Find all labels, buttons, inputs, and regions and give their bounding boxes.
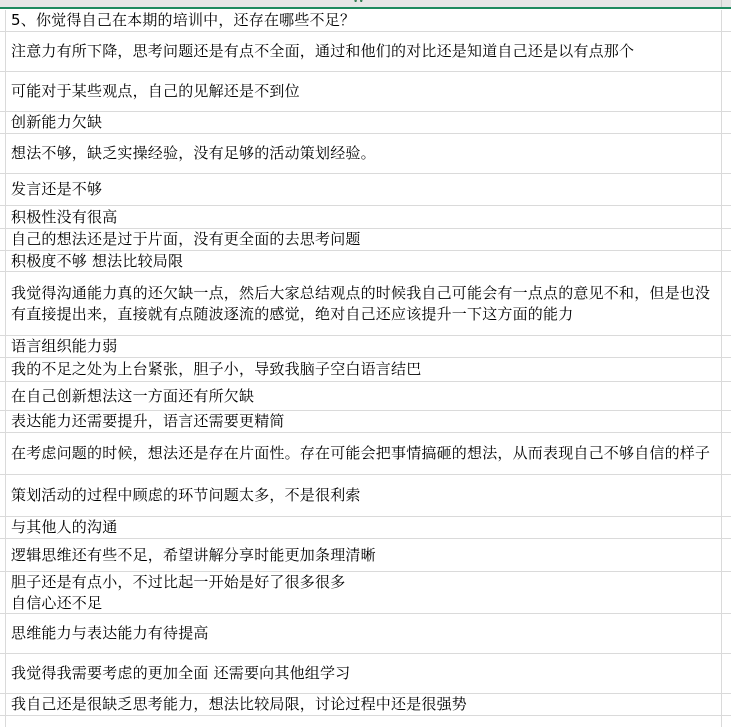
column-header-label: W [352, 0, 365, 6]
table-cell[interactable]: 积极性没有很高 [5, 206, 722, 228]
table-row: 逻辑思维还有些不足，希望讲解分享时能更加条理清晰 [0, 539, 731, 572]
table-cell[interactable]: 策划活动的过程中顾虑的环节问题太多，不是很利索 [5, 475, 722, 516]
column-divider [721, 0, 722, 9]
response-text: 语言组织能力弱 [6, 336, 117, 357]
table-row: 可能对于某些观点，自己的见解还是不到位 [0, 72, 731, 112]
table-cell[interactable]: 语言组织能力弱 [5, 336, 722, 357]
response-text: 创新能力欠缺 [6, 112, 102, 133]
table-row: 在自己创新想法这一方面还有所欠缺 [0, 382, 731, 411]
table-cell[interactable]: 可能对于某些观点，自己的见解还是不到位 [5, 72, 722, 111]
table-cell[interactable]: 5、你觉得自己在本期的培训中，还存在哪些不足？ [5, 10, 722, 31]
table-row: 创新能力欠缺 [0, 112, 731, 134]
table-cell[interactable]: 我觉得我需要考虑的更加全面 还需要向其他组学习 [5, 654, 722, 693]
response-text: 逻辑思维还有些不足，希望讲解分享时能更加条理清晰 [6, 545, 376, 566]
table-cell[interactable]: 与其他人的沟通 [5, 517, 722, 538]
table-row: 5、你觉得自己在本期的培训中，还存在哪些不足？ [0, 10, 731, 32]
response-text: 自己的想法还是过于片面，没有更全面的去思考问题 [6, 229, 361, 250]
table-row: 我觉得沟通能力真的还欠缺一点，然后大家总结观点的时候我自己可能会有一点点的意见不… [0, 272, 731, 336]
table-row: 注意力有所下降，思考问题还是有点不全面，通过和他们的对比还是知道自己还是以有点那… [0, 32, 731, 72]
table-cell[interactable]: 注意力有所下降，思考问题还是有点不全面，通过和他们的对比还是知道自己还是以有点那… [5, 32, 722, 71]
table-cell[interactable]: 想法不够，缺乏实操经验，没有足够的活动策划经验。 [5, 134, 722, 173]
table-cell[interactable] [5, 716, 722, 727]
table-row: 想法不够，缺乏实操经验，没有足够的活动策划经验。 [0, 134, 731, 174]
table-row: 与其他人的沟通 [0, 517, 731, 539]
column-header-bar[interactable]: W [0, 0, 731, 9]
response-text: 我自己还是很缺乏思考能力，想法比较局限，讨论过程中还是很强势 [6, 694, 467, 715]
table-row: 自己的想法还是过于片面，没有更全面的去思考问题 [0, 229, 731, 251]
table-cell[interactable]: 我觉得沟通能力真的还欠缺一点，然后大家总结观点的时候我自己可能会有一点点的意见不… [5, 272, 722, 335]
response-text: 可能对于某些观点，自己的见解还是不到位 [6, 81, 300, 102]
response-text: 胆子还是有点小，不过比起一开始是好了很多很多 自信心还不足 [6, 572, 345, 614]
response-text: 我觉得我需要考虑的更加全面 还需要向其他组学习 [6, 663, 350, 684]
table-row: 策划活动的过程中顾虑的环节问题太多，不是很利索 [0, 475, 731, 517]
table-row: 我自己还是很缺乏思考能力，想法比较局限，讨论过程中还是很强势 [0, 694, 731, 716]
table-row: 胆子还是有点小，不过比起一开始是好了很多很多 自信心还不足 [0, 572, 731, 614]
table-row: 表达能力还需要提升，语言还需要更精简 [0, 411, 731, 433]
table-row [0, 716, 731, 727]
table-cell[interactable]: 表达能力还需要提升，语言还需要更精简 [5, 411, 722, 432]
table-cell[interactable]: 胆子还是有点小，不过比起一开始是好了很多很多 自信心还不足 [5, 572, 722, 613]
table-row: 我觉得我需要考虑的更加全面 还需要向其他组学习 [0, 654, 731, 694]
response-text: 在自己创新想法这一方面还有所欠缺 [6, 386, 254, 407]
response-text: 策划活动的过程中顾虑的环节问题太多，不是很利索 [6, 485, 361, 506]
table-cell[interactable]: 自己的想法还是过于片面，没有更全面的去思考问题 [5, 229, 722, 250]
response-text: 我觉得沟通能力真的还欠缺一点，然后大家总结观点的时候我自己可能会有一点点的意见不… [6, 283, 721, 325]
response-text: 思维能力与表达能力有待提高 [6, 623, 209, 644]
table-row: 在考虑问题的时候，想法还是存在片面性。存在可能会把事情搞砸的想法，从而表现自己不… [0, 433, 731, 475]
response-text: 发言还是不够 [6, 179, 102, 200]
response-text: 与其他人的沟通 [6, 517, 117, 538]
table-row: 思维能力与表达能力有待提高 [0, 614, 731, 654]
table-row: 我的不足之处为上台紧张，胆子小，导致我脑子空白语言结巴 [0, 358, 731, 382]
response-text: 在考虑问题的时候，想法还是存在片面性。存在可能会把事情搞砸的想法，从而表现自己不… [6, 443, 710, 464]
response-text: 积极度不够 想法比较局限 [6, 251, 183, 272]
question-header-text: 5、你觉得自己在本期的培训中，还存在哪些不足？ [6, 10, 355, 31]
response-text: 积极性没有很高 [6, 207, 117, 228]
table-row: 语言组织能力弱 [0, 336, 731, 358]
table-cell[interactable]: 我自己还是很缺乏思考能力，想法比较局限，讨论过程中还是很强势 [5, 694, 722, 715]
table-cell[interactable]: 思维能力与表达能力有待提高 [5, 614, 722, 653]
response-text: 注意力有所下降，思考问题还是有点不全面，通过和他们的对比还是知道自己还是以有点那… [6, 41, 634, 62]
table-cell[interactable]: 我的不足之处为上台紧张，胆子小，导致我脑子空白语言结巴 [5, 358, 722, 381]
response-text: 表达能力还需要提升，语言还需要更精简 [6, 411, 285, 432]
table-cell[interactable]: 在考虑问题的时候，想法还是存在片面性。存在可能会把事情搞砸的想法，从而表现自己不… [5, 433, 722, 474]
response-text: 想法不够，缺乏实操经验，没有足够的活动策划经验。 [6, 143, 376, 164]
response-text: 我的不足之处为上台紧张，胆子小，导致我脑子空白语言结巴 [6, 359, 421, 380]
table-cell[interactable]: 创新能力欠缺 [5, 112, 722, 133]
table-cell[interactable]: 逻辑思维还有些不足，希望讲解分享时能更加条理清晰 [5, 539, 722, 571]
table-row: 发言还是不够 [0, 174, 731, 206]
table-cell[interactable]: 积极度不够 想法比较局限 [5, 251, 722, 271]
table-row: 积极性没有很高 [0, 206, 731, 229]
table-row: 积极度不够 想法比较局限 [0, 251, 731, 272]
table-cell[interactable]: 发言还是不够 [5, 174, 722, 205]
table-cell[interactable]: 在自己创新想法这一方面还有所欠缺 [5, 382, 722, 410]
